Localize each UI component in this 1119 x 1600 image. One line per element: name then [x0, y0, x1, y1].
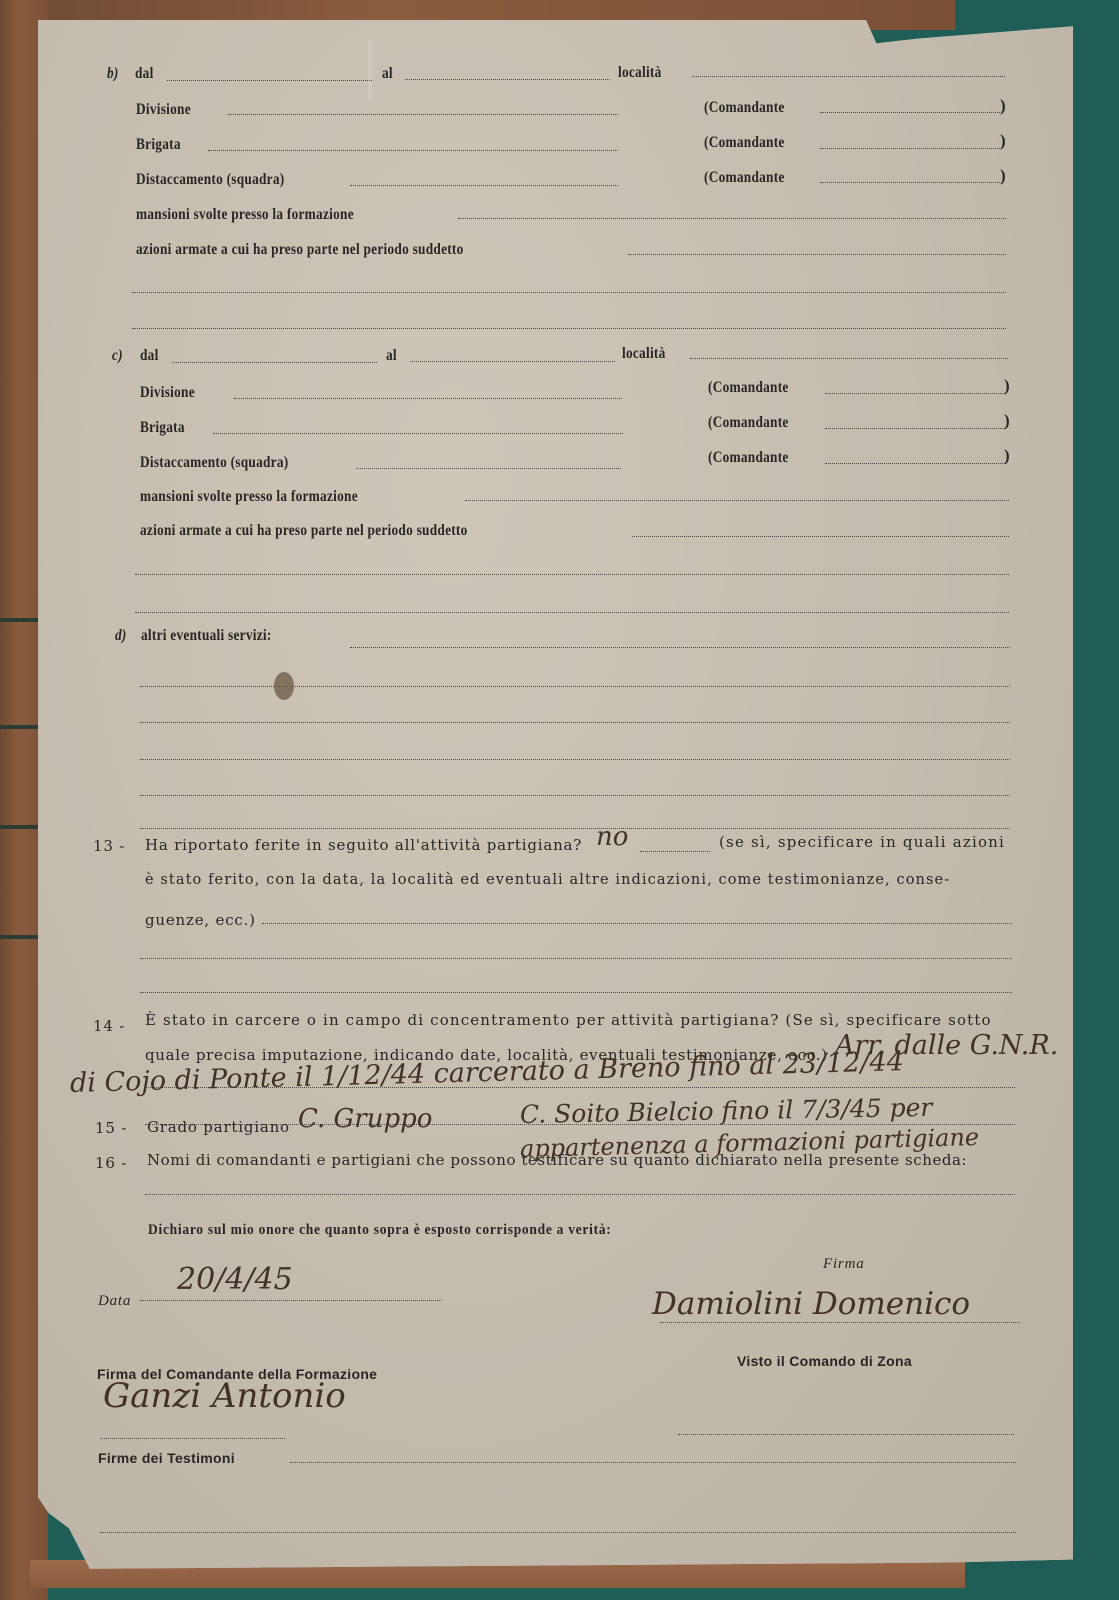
q13-details-extra-line[interactable]	[140, 958, 1012, 959]
q13-line1: Ha riportato ferite in seguito all'attiv…	[145, 836, 582, 854]
q13-line2: è stato ferito, con la data, la località…	[145, 872, 950, 888]
section-b-distaccamento-field[interactable]	[350, 185, 618, 186]
q13-answer[interactable]: no	[596, 822, 628, 852]
q15-answer[interactable]: C. Gruppo	[298, 1104, 432, 1134]
section-c-localita-field[interactable]	[690, 358, 1008, 359]
witnesses-extra-line[interactable]	[100, 1532, 1016, 1533]
close-paren: )	[1000, 96, 1006, 116]
section-b-al-label: al	[382, 65, 393, 83]
close-paren: )	[1000, 131, 1006, 151]
witnesses-label: Firme dei Testimoni	[98, 1450, 235, 1466]
section-b-divisione-comandante-label: (Comandante	[704, 99, 785, 117]
commander-signature-field[interactable]	[100, 1438, 285, 1439]
section-c-brigata-field[interactable]	[213, 433, 623, 434]
q13-answer-field[interactable]	[640, 851, 710, 852]
section-c-marker: c)	[112, 347, 123, 365]
signature-value[interactable]: Damiolini Domenico	[652, 1286, 970, 1322]
section-c-azioni-extra-line[interactable]	[135, 612, 1009, 613]
section-c-distaccamento-comandante-label: (Comandante	[708, 449, 789, 467]
section-c-brigata-label: Brigata	[140, 419, 185, 437]
section-b-dal-label: dal	[135, 65, 154, 83]
section-c-divisione-comandante-label: (Comandante	[708, 379, 789, 397]
section-b-divisione-field[interactable]	[228, 114, 618, 115]
section-b-azioni-field[interactable]	[628, 254, 1006, 255]
section-c-distaccamento-field[interactable]	[356, 468, 621, 469]
close-paren: )	[1004, 411, 1010, 431]
section-b-mansioni-field[interactable]	[458, 218, 1006, 219]
signature-label: Firma	[823, 1256, 865, 1273]
zone-signature-field[interactable]	[678, 1434, 1014, 1435]
section-b-divisione-comandante-field[interactable]	[820, 112, 1000, 113]
section-c-azioni-field[interactable]	[632, 536, 1009, 537]
zone-label: Visto il Comando di Zona	[737, 1353, 912, 1369]
q14-number: 14 -	[93, 1017, 125, 1035]
q16-label: Nomi di comandanti e partigiani che poss…	[147, 1151, 967, 1169]
close-paren: )	[1000, 166, 1006, 186]
section-c-mansioni-field[interactable]	[465, 500, 1009, 501]
section-d-extra-line[interactable]	[140, 828, 1010, 829]
section-b-marker: b)	[107, 65, 119, 83]
section-b-azioni-label: azioni armate a cui ha preso parte nel p…	[136, 241, 464, 259]
section-c-distaccamento-comandante-field[interactable]	[825, 463, 1005, 464]
section-b-localita-label: località	[618, 64, 662, 82]
q13-number: 13 -	[93, 837, 125, 855]
section-c-divisione-label: Divisione	[140, 384, 195, 402]
declaration-text: Dichiaro sul mio onore che quanto sopra …	[148, 1222, 611, 1239]
date-value[interactable]: 20/4/45	[177, 1262, 293, 1297]
ink-stain	[274, 672, 294, 700]
q13-line1-tail: (se sì, specificare in quali azioni	[719, 833, 1005, 851]
q13-details-extra-line[interactable]	[140, 992, 1012, 993]
q15-number: 15 -	[95, 1119, 127, 1137]
section-b-al-field[interactable]	[405, 79, 610, 80]
section-b-brigata-field[interactable]	[208, 150, 618, 151]
q13-line3: guenze, ecc.)	[145, 911, 256, 929]
section-c-al-field[interactable]	[410, 361, 615, 362]
q16-number: 16 -	[95, 1154, 127, 1172]
section-b-distaccamento-comandante-label: (Comandante	[704, 169, 785, 187]
section-c-mansioni-label: mansioni svolte presso la formazione	[140, 488, 358, 506]
section-b-localita-field[interactable]	[692, 76, 1005, 77]
close-paren: )	[1004, 376, 1010, 396]
section-c-localita-label: località	[622, 345, 666, 363]
section-b-azioni-extra-line[interactable]	[132, 292, 1006, 293]
section-c-brigata-comandante-field[interactable]	[825, 428, 1005, 429]
paper-fold	[368, 40, 372, 100]
witnesses-field[interactable]	[290, 1462, 1016, 1463]
section-b-divisione-label: Divisione	[136, 101, 191, 119]
section-b-dal-field[interactable]	[167, 80, 372, 81]
date-label: Data	[98, 1293, 131, 1310]
section-c-dal-label: dal	[140, 347, 159, 365]
section-b-azioni-extra-line[interactable]	[132, 328, 1006, 329]
section-b-distaccamento-label: Distaccamento (squadra)	[136, 171, 284, 189]
signature-field[interactable]	[660, 1322, 1020, 1323]
section-c-al-label: al	[386, 347, 397, 365]
section-c-divisione-comandante-field[interactable]	[825, 393, 1005, 394]
section-b-brigata-comandante-label: (Comandante	[704, 134, 785, 152]
section-c-azioni-label: azioni armate a cui ha preso parte nel p…	[140, 522, 468, 540]
section-c-distaccamento-label: Distaccamento (squadra)	[140, 454, 288, 472]
section-d-label: altri eventuali servizi:	[141, 627, 272, 645]
section-d-extra-line[interactable]	[140, 759, 1010, 760]
close-paren: )	[1004, 446, 1010, 466]
section-b-brigata-label: Brigata	[136, 136, 181, 154]
section-d-extra-line[interactable]	[140, 795, 1010, 796]
section-d-marker: d)	[115, 627, 127, 645]
section-d-field[interactable]	[350, 647, 1010, 648]
commander-signature[interactable]: Ganzi Antonio	[103, 1376, 346, 1416]
q14-line1: È stato in carcere o in campo di concent…	[145, 1011, 992, 1029]
q13-details-field[interactable]	[262, 923, 1012, 924]
q15-label: Grado partigiano	[147, 1118, 290, 1136]
section-b-brigata-comandante-field[interactable]	[820, 148, 1000, 149]
date-field[interactable]	[140, 1300, 442, 1301]
section-d-extra-line[interactable]	[140, 686, 1010, 687]
section-b-mansioni-label: mansioni svolte presso la formazione	[136, 206, 354, 224]
section-c-azioni-extra-line[interactable]	[135, 574, 1009, 575]
section-c-brigata-comandante-label: (Comandante	[708, 414, 789, 432]
q16-field-line[interactable]	[145, 1194, 1015, 1195]
section-d-extra-line[interactable]	[140, 722, 1010, 723]
section-c-dal-field[interactable]	[172, 362, 377, 363]
section-c-divisione-field[interactable]	[234, 398, 622, 399]
section-b-distaccamento-comandante-field[interactable]	[820, 182, 1000, 183]
